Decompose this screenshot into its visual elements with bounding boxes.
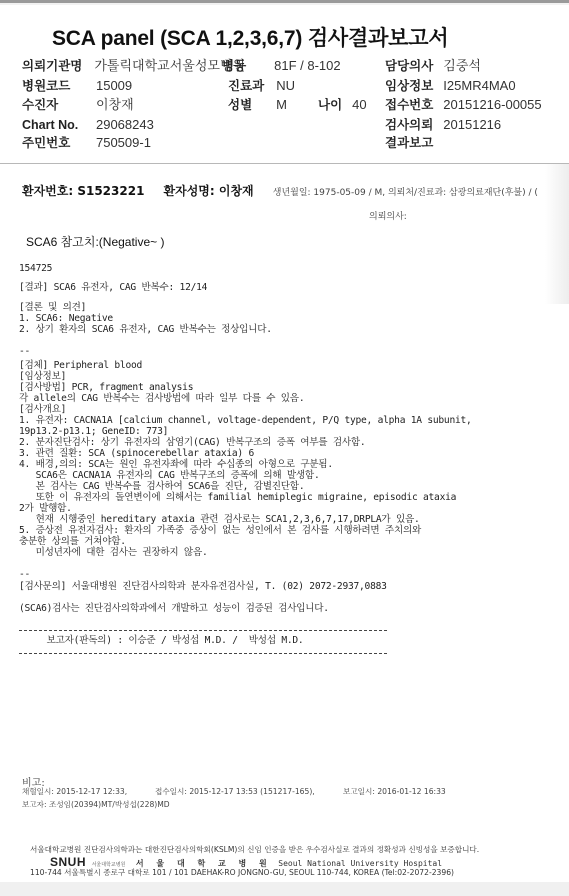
info-institution: 의뢰기관명 가톨릭대학교서울성모병원 xyxy=(22,58,245,74)
conclusion-line: 2. 상기 환자의 SCA6 유전자, CAG 반복수는 정상입니다. xyxy=(19,324,272,335)
scan-page-edge xyxy=(545,164,569,304)
info-label: 담당의사 xyxy=(385,58,433,73)
info-value: 15009 xyxy=(96,78,132,93)
info-resident-no: 주민번호 750509-1 xyxy=(22,135,151,151)
info-ward: 병동 81F / 8-102 xyxy=(222,58,341,74)
info-value: 29068243 xyxy=(96,117,154,132)
validation-note: (SCA6)검사는 진단검사의학과에서 개발하고 성능이 검증된 검사입니다. xyxy=(19,603,329,614)
detail-line: 미성년자에 대한 검사는 권장하지 않음. xyxy=(19,547,208,558)
collected-time: 채혈일시: 2015-12-17 12:33, xyxy=(22,786,127,797)
conclusion-line: 1. SCA6: Negative xyxy=(19,313,113,324)
detail-line: 4. 배경,의의: SCA는 원인 유전자좌에 따라 수십종의 아형으로 구분됨… xyxy=(19,459,333,470)
detail-line: 현재 시행중인 hereditary ataxia 관련 검사로는 SCA1,2… xyxy=(19,514,420,525)
separator: -- xyxy=(19,569,30,580)
patient-name: 환자성명: 이창재 xyxy=(164,184,254,198)
inquiry-contact: [검사문의] 서울대병원 진단검사의학과 분자유전검사실, T. (02) 20… xyxy=(19,581,387,592)
info-label: 임상정보 xyxy=(385,78,433,93)
reference-range: SCA6 참고치:(Negative~ ) xyxy=(26,233,165,250)
info-label: 수진자 xyxy=(22,97,92,113)
info-label: 성별 xyxy=(228,97,252,112)
info-value: 750509-1 xyxy=(96,135,151,150)
info-department: 진료과 NU xyxy=(228,78,295,94)
info-request-date: 검사의뢰 20151216 xyxy=(385,117,501,133)
info-value: 이창재 xyxy=(96,97,134,112)
received-time: 접수일시: 2015-12-17 13:53 (151217-165), xyxy=(155,786,315,797)
info-patient: 수진자 이창재 xyxy=(22,97,134,113)
info-label: 나이 xyxy=(318,97,342,112)
detail-line: 19p13.2-p13.1; GeneID: 773] xyxy=(19,426,168,437)
bottom-margin xyxy=(0,882,569,896)
dashed-divider xyxy=(19,630,387,631)
detail-line: 2. 분자진단검사: 상기 유전자의 삼염기(CAG) 반복구조의 증폭 여부를… xyxy=(19,437,365,448)
info-accession: 접수번호 20151216-00055 xyxy=(385,97,542,113)
separator: -- xyxy=(19,346,30,357)
patient-meta: 생년월일: 1975-05-09 / M, 의뢰처/진료과: 삼광의료재단(후불… xyxy=(273,188,538,198)
patient-number: 환자번호: S1523221 xyxy=(22,184,144,198)
info-label: Chart No. xyxy=(22,117,92,133)
window-top-band xyxy=(0,3,569,5)
info-value: 김중석 xyxy=(443,58,481,73)
detail-line: 또한 이 유전자의 돌연변이에 의해서는 familial hemiplegic… xyxy=(19,492,456,503)
detail-line: 3. 관련 질환: SCA (spinocerebellar ataxia) 6 xyxy=(19,448,254,459)
info-label: 접수번호 xyxy=(385,97,433,112)
info-value: M xyxy=(276,97,287,112)
info-label: 진료과 xyxy=(228,78,264,93)
detail-line: 충분한 상의를 거쳐야함. xyxy=(19,536,126,547)
dashed-divider xyxy=(19,653,387,654)
detail-line: 본 검사는 CAG 반복수를 검사하여 SCA6을 진단, 감별진단함. xyxy=(19,481,304,492)
info-label: 병동 xyxy=(222,58,246,73)
info-report-date: 결과보고 xyxy=(385,135,439,151)
info-label: 검사의뢰 xyxy=(385,117,433,132)
detail-line: [검사개요] xyxy=(19,404,66,415)
detail-line: [검사방법] PCR, fragment analysis xyxy=(19,382,193,393)
detail-line: 1. 유전자: CACNA1A [calcium channel, voltag… xyxy=(19,415,472,426)
reported-time: 보고일시: 2016-01-12 16:33 xyxy=(343,786,446,797)
info-value: NU xyxy=(276,78,295,93)
result-line: [결과] SCA6 유전자, CAG 반복수: 12/14 xyxy=(19,282,207,293)
info-value: 20151216 xyxy=(443,117,501,132)
report-title: SCA panel (SCA 1,2,3,6,7) 검사결과보고서 xyxy=(52,22,448,52)
accession-number: 154725 xyxy=(19,263,52,274)
info-label: 의뢰기관명 xyxy=(22,58,82,73)
certification-text: 서울대학교병원 진단검사의학과는 대한진단검사의학회(KSLM)의 신임 인증을… xyxy=(30,844,479,855)
info-value: 40 xyxy=(352,97,366,112)
detail-line: 2가 발행함. xyxy=(19,503,72,514)
info-label: 결과보고 xyxy=(385,135,433,150)
patient-header: 환자번호: S1523221 환자성명: 이창재 생년월일: 1975-05-0… xyxy=(22,180,538,199)
info-label: 주민번호 xyxy=(22,135,92,151)
detail-line: 5. 증상전 유전자검사: 환자의 가족중 증상이 없는 성인에서 본 검사를 … xyxy=(19,525,421,536)
detail-line: [임상정보] xyxy=(19,371,66,382)
info-doctor: 담당의사 김중석 xyxy=(385,58,481,74)
detail-line: 각 allele의 CAG 반복수는 검사방법에 따라 일부 다를 수 있음. xyxy=(19,393,304,404)
conclusion-heading: [결론 및 의견] xyxy=(19,302,86,313)
detail-line: [검체] Peripheral blood xyxy=(19,360,142,371)
info-clinical: 임상정보 I25MR4MA0 xyxy=(385,78,516,94)
reporter-line: 보고자(판독의) : 이승준 / 박성섭 M.D. / 박성섭 M.D. xyxy=(19,635,303,646)
info-value: 81F / 8-102 xyxy=(274,58,341,73)
referring-doctor: 의뢰의사: xyxy=(369,209,407,222)
info-hospital-code: 병원코드 15009 xyxy=(22,78,132,94)
hospital-address: 110-744 서울특별시 종로구 대학로 101 / 101 DAEHAK-R… xyxy=(30,867,454,878)
reporter-ids: 보고자: 조성임(20394)MT/박성섭(228)MD xyxy=(22,799,170,810)
info-sex: 성별 M xyxy=(228,97,287,113)
info-age: 나이 40 xyxy=(318,97,367,113)
info-label: 병원코드 xyxy=(22,78,92,94)
detail-line: SCA6은 CACNA1A 유전자의 CAG 반복구조의 증폭에 의해 발생함. xyxy=(19,470,319,481)
info-value: 20151216-00055 xyxy=(443,97,541,112)
info-value: I25MR4MA0 xyxy=(443,78,515,93)
info-chart-no: Chart No. 29068243 xyxy=(22,117,154,133)
